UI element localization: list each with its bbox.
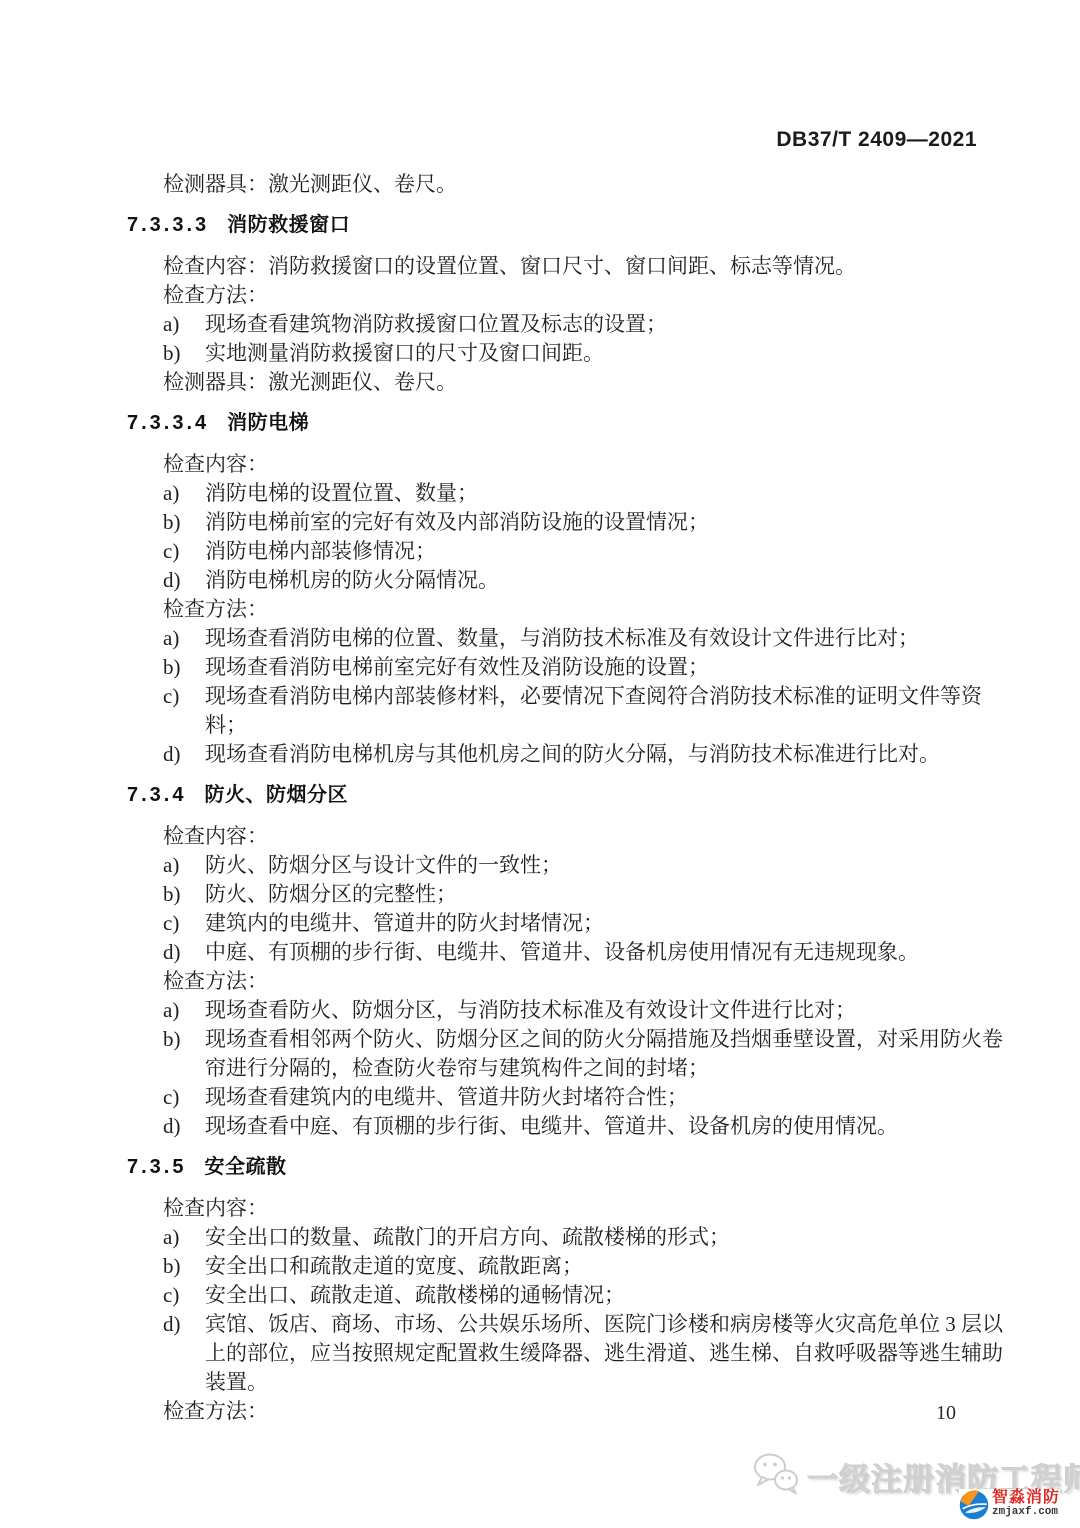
list-text: 现场查看防火、防烟分区，与消防技术标准及有效设计文件进行比对； [205,996,1007,1025]
list-marker: b) [163,1252,205,1281]
list-marker: c) [163,1281,205,1310]
body-line: 检查内容： [127,450,1007,479]
list-item: d)宾馆、饭店、商场、市场、公共娱乐场所、医院门诊楼和病房楼等火灾高危单位 3 … [127,1310,1007,1397]
list-marker: a) [163,1223,205,1252]
brand-text-block: 智淼消防 zmjaxf.com [992,1489,1060,1519]
list-marker: a) [163,479,205,508]
list-marker: d) [163,566,205,595]
list-marker: c) [163,909,205,938]
list-marker: a) [163,996,205,1025]
list-text: 宾馆、饭店、商场、市场、公共娱乐场所、医院门诊楼和病房楼等火灾高危单位 3 层以… [205,1310,1007,1397]
sections: 7.3.3.3消防救援窗口检查内容：消防救援窗口的设置位置、窗口尺寸、窗口间距、… [127,211,1007,1426]
list-item: a)现场查看建筑物消防救援窗口位置及标志的设置； [127,310,1007,339]
section-heading: 7.3.5安全疏散 [127,1153,1007,1182]
list-text: 现场查看消防电梯内部装修材料，必要情况下查阅符合消防技术标准的证明文件等资料； [205,682,1007,740]
body-line: 检查内容： [127,822,1007,851]
list-marker: d) [163,938,205,967]
body-line: 检测器具：激光测距仪、卷尺。 [127,368,1007,397]
list-marker: b) [163,508,205,537]
list-marker: d) [163,1112,205,1141]
doc-code: DB37/T 2409—2021 [776,128,977,152]
list-item: b)现场查看消防电梯前室完好有效性及消防设施的设置； [127,653,1007,682]
list-text: 现场查看消防电梯的位置、数量，与消防技术标准及有效设计文件进行比对； [205,624,1007,653]
section-number: 7.3.3.3 [127,211,209,240]
list-item: d)现场查看中庭、有顶棚的步行街、电缆井、管道井、设备机房的使用情况。 [127,1112,1007,1141]
list-item: c)消防电梯内部装修情况； [127,537,1007,566]
list-text: 消防电梯的设置位置、数量； [205,479,1007,508]
list-item: d)中庭、有顶棚的步行街、电缆井、管道井、设备机房使用情况有无违规现象。 [127,938,1007,967]
list-text: 现场查看建筑物消防救援窗口位置及标志的设置； [205,310,1007,339]
brand-logo: 智淼消防 zmjaxf.com [959,1489,1060,1526]
list-item: c)现场查看消防电梯内部装修材料，必要情况下查阅符合消防技术标准的证明文件等资料… [127,682,1007,740]
section-number: 7.3.3.4 [127,409,209,438]
body-line: 检查内容：消防救援窗口的设置位置、窗口尺寸、窗口间距、标志等情况。 [127,252,1007,281]
section-number: 7.3.4 [127,781,186,810]
list-marker: b) [163,653,205,682]
document-page: DB37/T 2409—2021 检测器具：激光测距仪、卷尺。 7.3.3.3消… [0,0,1080,1528]
brand-circle-icon [959,1489,989,1526]
list-marker: d) [163,1310,205,1397]
brand-domain: zmjaxf.com [992,1506,1060,1519]
intro-line: 检测器具：激光测距仪、卷尺。 [127,170,1007,199]
list-text: 安全出口和疏散走道的宽度、疏散距离； [205,1252,1007,1281]
body-line: 检查方法： [127,281,1007,310]
list-text: 安全出口的数量、疏散门的开启方向、疏散楼梯的形式； [205,1223,1007,1252]
list-item: a)消防电梯的设置位置、数量； [127,479,1007,508]
list-item: a)防火、防烟分区与设计文件的一致性； [127,851,1007,880]
wechat-icon [753,1452,799,1501]
list-item: d)现场查看消防电梯机房与其他机房之间的防火分隔，与消防技术标准进行比对。 [127,740,1007,769]
list-text: 建筑内的电缆井、管道井的防火封堵情况； [205,909,1007,938]
list-text: 防火、防烟分区与设计文件的一致性； [205,851,1007,880]
page-number: 10 [936,1402,956,1425]
section-title: 消防电梯 [227,409,309,438]
list-marker: c) [163,537,205,566]
section-heading: 7.3.3.4消防电梯 [127,409,1007,438]
section-title: 安全疏散 [204,1153,286,1182]
list-marker: d) [163,740,205,769]
list-item: d)消防电梯机房的防火分隔情况。 [127,566,1007,595]
list-marker: a) [163,851,205,880]
section-number: 7.3.5 [127,1153,186,1182]
list-text: 消防电梯机房的防火分隔情况。 [205,566,1007,595]
list-text: 防火、防烟分区的完整性； [205,880,1007,909]
list-item: b)消防电梯前室的完好有效及内部消防设施的设置情况； [127,508,1007,537]
list-item: a)安全出口的数量、疏散门的开启方向、疏散楼梯的形式； [127,1223,1007,1252]
list-text: 中庭、有顶棚的步行街、电缆井、管道井、设备机房使用情况有无违规现象。 [205,938,1007,967]
list-item: b)防火、防烟分区的完整性； [127,880,1007,909]
list-item: c)现场查看建筑内的电缆井、管道井防火封堵符合性； [127,1083,1007,1112]
list-marker: b) [163,1025,205,1083]
list-item: c)建筑内的电缆井、管道井的防火封堵情况； [127,909,1007,938]
list-text: 消防电梯前室的完好有效及内部消防设施的设置情况； [205,508,1007,537]
list-item: b)安全出口和疏散走道的宽度、疏散距离； [127,1252,1007,1281]
list-item: a)现场查看防火、防烟分区，与消防技术标准及有效设计文件进行比对； [127,996,1007,1025]
list-item: c)安全出口、疏散走道、疏散楼梯的通畅情况； [127,1281,1007,1310]
list-marker: a) [163,624,205,653]
list-marker: c) [163,682,205,740]
body-line: 检查方法： [127,1397,1007,1426]
body-line: 检查方法： [127,967,1007,996]
list-marker: b) [163,339,205,368]
list-item: a)现场查看消防电梯的位置、数量，与消防技术标准及有效设计文件进行比对； [127,624,1007,653]
list-item: b)现场查看相邻两个防火、防烟分区之间的防火分隔措施及挡烟垂壁设置，对采用防火卷… [127,1025,1007,1083]
list-text: 现场查看中庭、有顶棚的步行街、电缆井、管道井、设备机房的使用情况。 [205,1112,1007,1141]
list-text: 现场查看消防电梯机房与其他机房之间的防火分隔，与消防技术标准进行比对。 [205,740,1007,769]
section-title: 消防救援窗口 [227,211,350,240]
list-text: 现场查看相邻两个防火、防烟分区之间的防火分隔措施及挡烟垂壁设置，对采用防火卷帘进… [205,1025,1007,1083]
list-marker: b) [163,880,205,909]
list-text: 安全出口、疏散走道、疏散楼梯的通畅情况； [205,1281,1007,1310]
list-text: 现场查看建筑内的电缆井、管道井防火封堵符合性； [205,1083,1007,1112]
section-heading: 7.3.4防火、防烟分区 [127,781,1007,810]
list-marker: a) [163,310,205,339]
list-item: b)实地测量消防救援窗口的尺寸及窗口间距。 [127,339,1007,368]
section-title: 防火、防烟分区 [204,781,348,810]
body-line: 检查内容： [127,1194,1007,1223]
section-heading: 7.3.3.3消防救援窗口 [127,211,1007,240]
brand-name: 智淼消防 [992,1489,1060,1506]
list-text: 实地测量消防救援窗口的尺寸及窗口间距。 [205,339,1007,368]
list-text: 消防电梯内部装修情况； [205,537,1007,566]
list-text: 现场查看消防电梯前室完好有效性及消防设施的设置； [205,653,1007,682]
body-line: 检查方法： [127,595,1007,624]
list-marker: c) [163,1083,205,1112]
document-body: 检测器具：激光测距仪、卷尺。 7.3.3.3消防救援窗口检查内容：消防救援窗口的… [127,170,1007,1426]
